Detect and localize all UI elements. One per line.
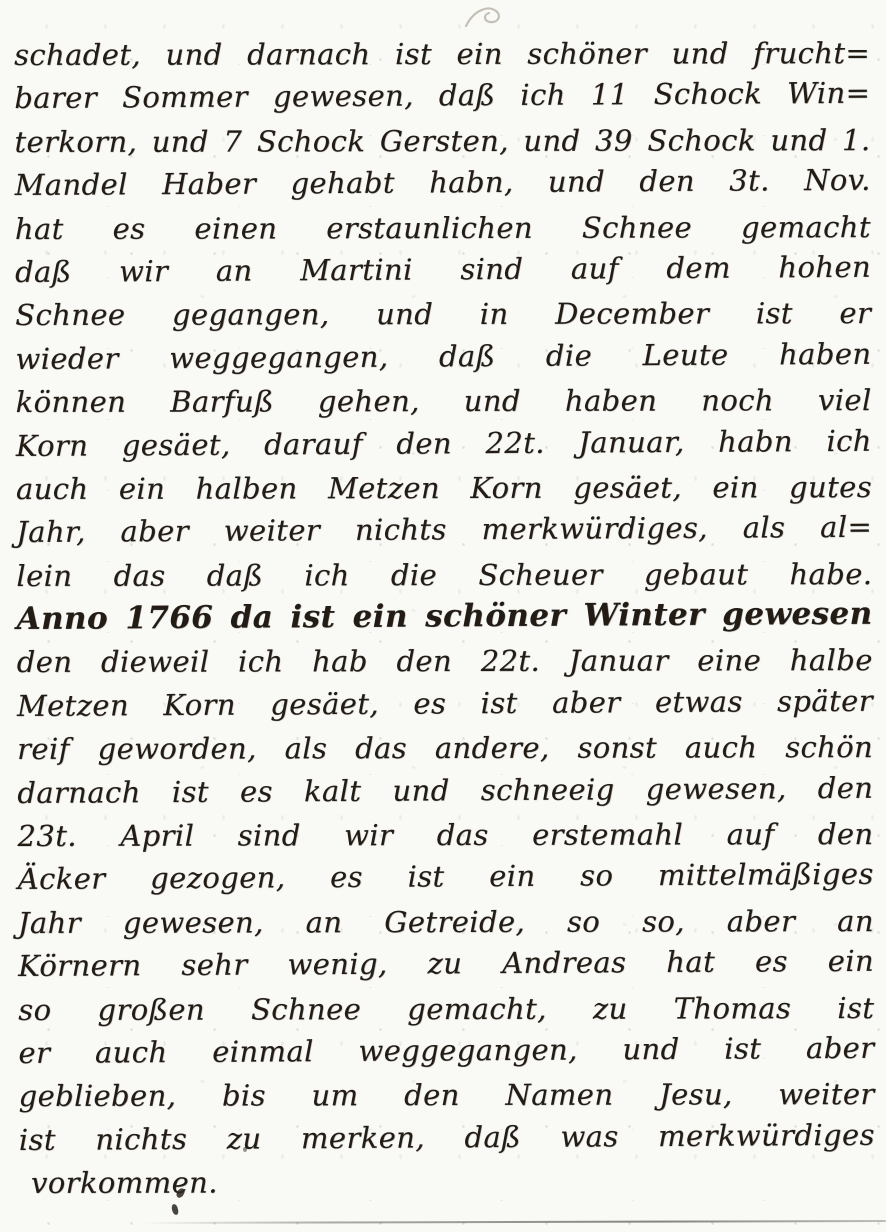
manuscript-line: so großen Schnee gemacht, zu Thomas ist — [18, 987, 874, 1032]
manuscript-line: daß wir an Martini sind auf dem hohen — [15, 246, 871, 295]
page-bottom-rule — [142, 1220, 886, 1224]
manuscript-text: schadet, und darnach ist ein schöner und… — [14, 30, 875, 1205]
manuscript-line: barer Sommer gewesen, daß ich 11 Schock … — [14, 72, 870, 121]
pencil-squiggle-mark — [462, 2, 532, 34]
manuscript-line: Korn gesäet, darauf den 22t. Januar, hab… — [16, 419, 872, 468]
manuscript-line: Mandel Haber gehabt habn, und den 3t. No… — [15, 159, 871, 208]
manuscript-line: Körnern sehr wenig, zu Andreas hat es ei… — [18, 940, 874, 989]
manuscript-line-last: vorkommen. — [19, 1160, 875, 1205]
manuscript-line: ist nichts zu merken, daß was merkwürdig… — [19, 1114, 875, 1163]
manuscript-line: schadet, und darnach ist ein schöner und… — [14, 32, 870, 77]
manuscript-line: darnach ist es kalt und schneeig gewesen… — [17, 766, 873, 815]
ink-speck — [243, 1147, 247, 1152]
manuscript-line: wieder weggegangen, daß die Leute haben — [15, 333, 871, 382]
manuscript-page: schadet, und darnach ist ein schöner und… — [0, 0, 886, 1232]
manuscript-line: Äcker gezogen, es ist ein so mittelmäßig… — [18, 853, 874, 902]
manuscript-line: den dieweil ich hab den 22t. Januar eine… — [17, 640, 873, 685]
manuscript-line: Schnee gegangen, und in December ist er — [15, 292, 871, 337]
manuscript-line: 23t. April sind wir das erstemahl auf de… — [17, 813, 873, 858]
manuscript-line: er auch einmal weggegangen, und ist aber — [18, 1027, 874, 1076]
manuscript-line: Jahr gewesen, an Getreide, so so, aber a… — [18, 900, 874, 945]
manuscript-line: Jahr, aber weiter nichts merkwürdiges, a… — [16, 506, 872, 555]
manuscript-line: reif geworden, als das andere, sonst auc… — [17, 726, 873, 771]
manuscript-line: können Barfuß gehen, und haben noch viel — [16, 379, 872, 424]
manuscript-line: Metzen Korn gesäet, es ist aber etwas sp… — [17, 680, 873, 729]
ink-speck — [171, 1204, 179, 1216]
manuscript-line: lein das daß ich die Scheuer gebaut habe… — [16, 553, 872, 598]
manuscript-line: auch ein halben Metzen Korn gesäet, ein … — [16, 466, 872, 511]
manuscript-line: geblieben, bis um den Namen Jesu, weiter — [19, 1073, 875, 1118]
manuscript-line-anno-1766: Anno 1766 da ist ein schöner Winter gewe… — [16, 593, 872, 642]
manuscript-line: hat es einen erstaunlichen Schnee gemach… — [15, 206, 871, 251]
manuscript-line: terkorn, und 7 Schock Gersten, und 39 Sc… — [14, 119, 870, 164]
manuscript-scan: { "page": { "kind": "handwritten-diary-p… — [0, 0, 886, 1232]
